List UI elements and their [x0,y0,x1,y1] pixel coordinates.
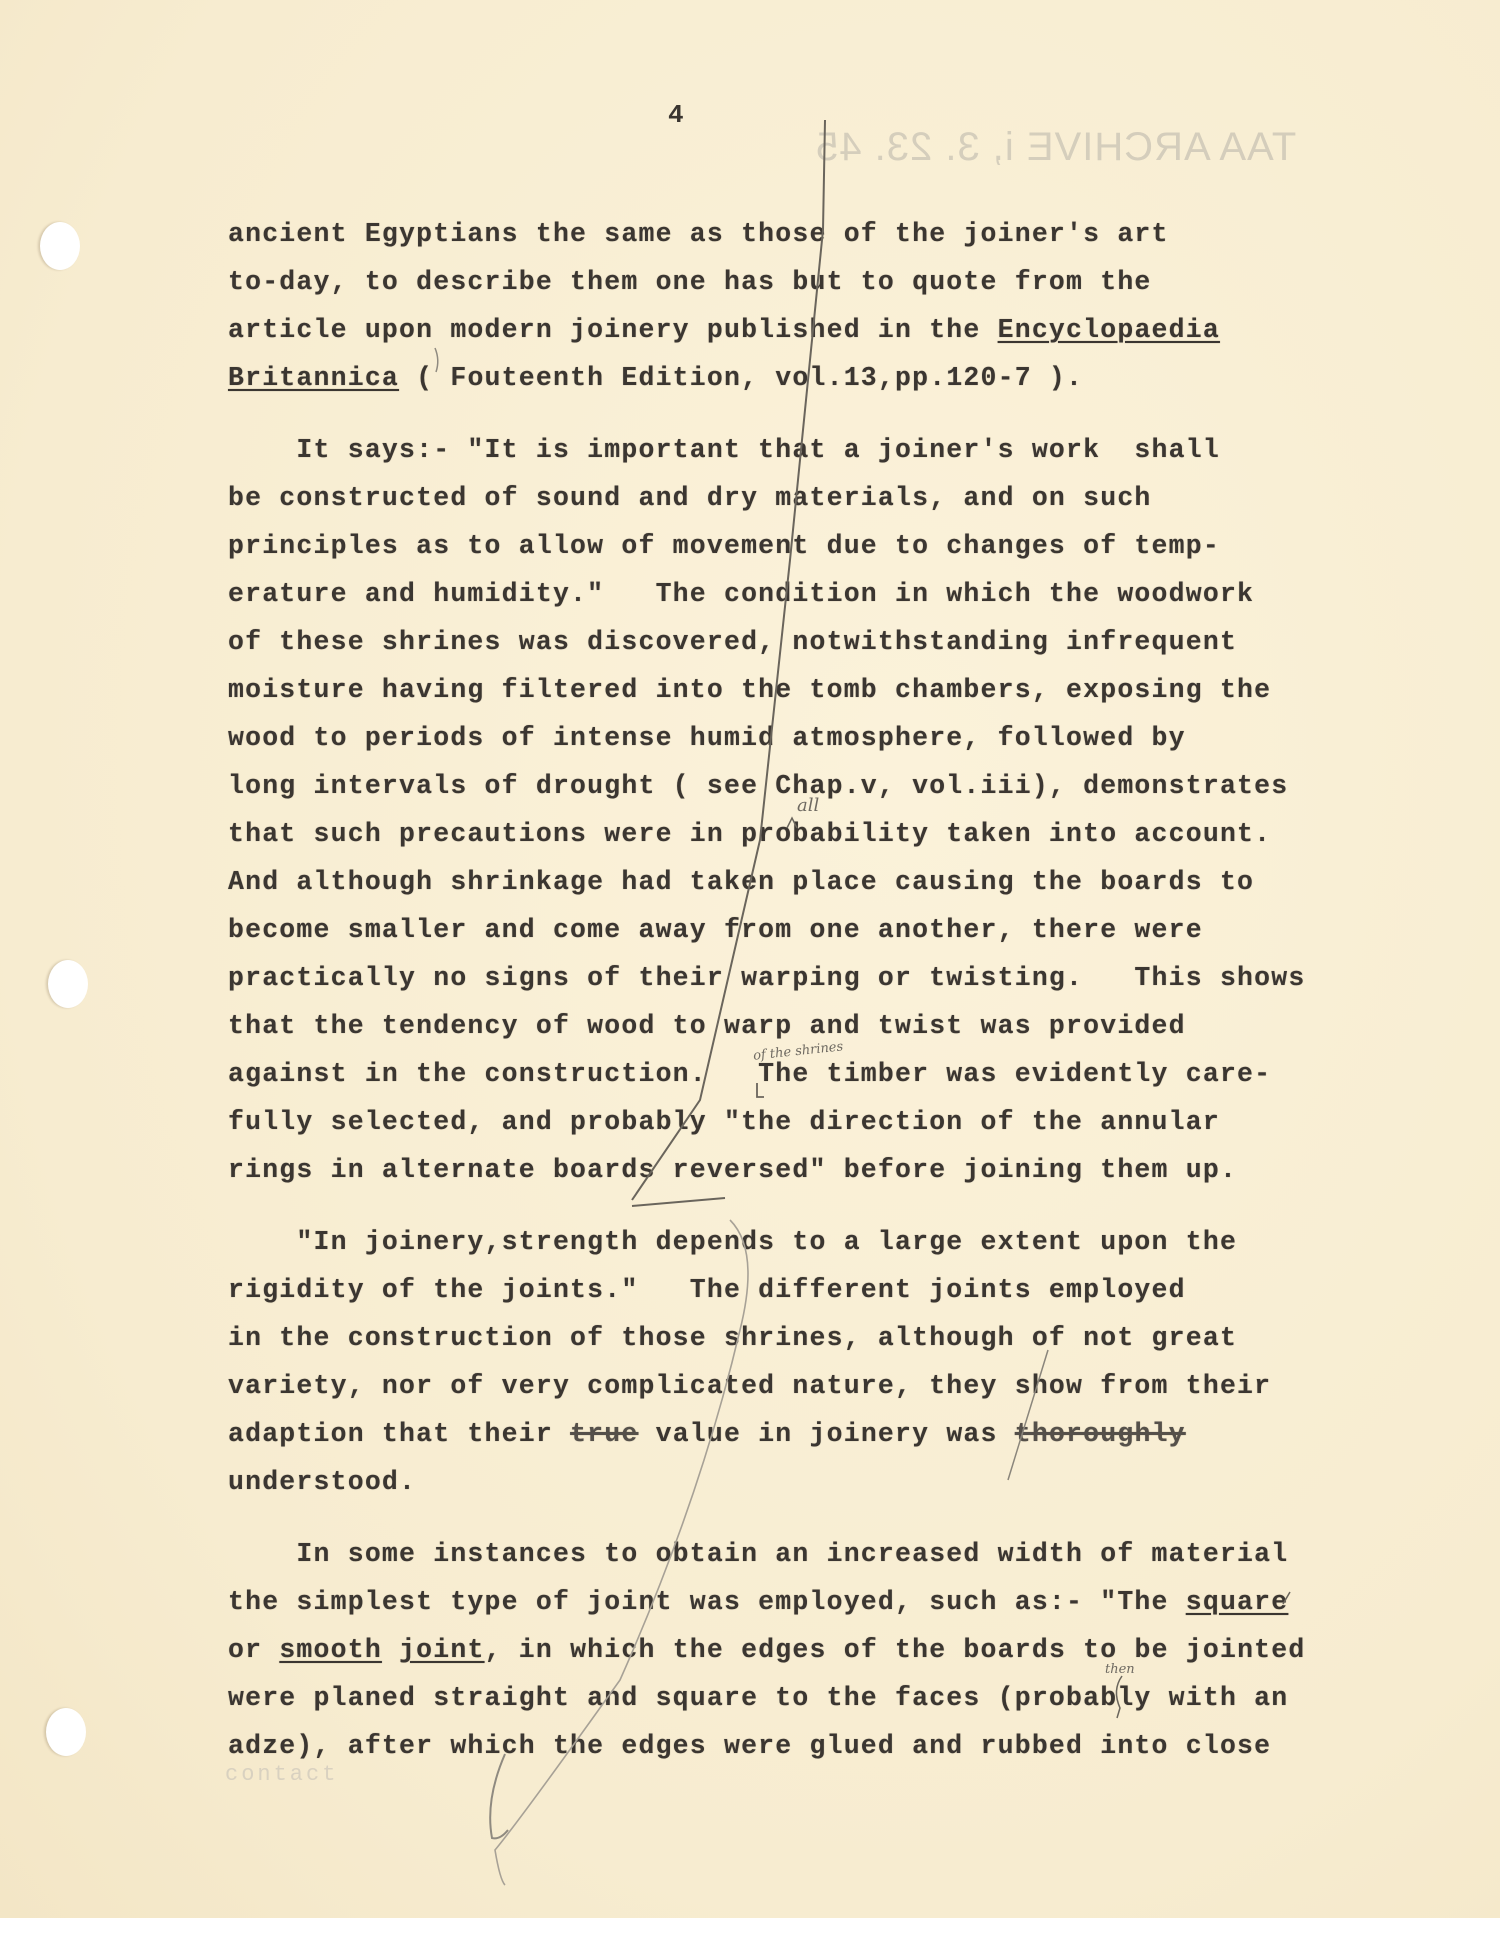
text-line: principles as to allow of movement due t… [228,522,1220,570]
text-line: article upon modern joinery published in… [228,306,1220,354]
text-line: fully selected, and probably "the direct… [228,1098,1220,1146]
text-line: It says:- "It is important that a joiner… [228,426,1220,474]
text-line: understood. [228,1458,416,1506]
faint-stamp: contact [225,1762,338,1787]
text-line: practically no signs of their warping or… [228,954,1305,1002]
punch-hole-top [40,222,80,270]
text-line: And although shrinkage had taken place c… [228,858,1254,906]
page-number: 4 [668,100,684,130]
text-line: Britannica ( Fouteenth Edition, vol.13,p… [228,354,1083,402]
underlined-term: smooth [279,1635,382,1665]
text-span: article upon modern joinery published in… [228,315,998,345]
pencil-insert-then: then [1105,1662,1135,1677]
text-line: adze), after which the edges were glued … [228,1722,1271,1770]
document-page: 4 TAA ARCHIVE i, 3. 23. 45 ancient Egypt… [0,0,1500,1918]
punch-hole-bottom [46,1708,86,1756]
struck-word: true [570,1419,638,1449]
punch-hole-middle [48,960,88,1008]
text-span: , in which the edges of the boards to be… [485,1635,1306,1665]
text-line: moisture having filtered into the tomb c… [228,666,1271,714]
text-line: of these shrines was discovered, notwith… [228,618,1237,666]
underlined-title: Britannica [228,363,399,393]
text-line: to-day, to describe them one has but to … [228,258,1152,306]
text-line: the simplest type of joint was employed,… [228,1578,1288,1626]
text-line: long intervals of drought ( see Chap.v, … [228,762,1288,810]
text-span: the simplest type of joint was employed,… [228,1587,1186,1617]
text-line: against in the construction. The timber … [228,1050,1271,1098]
text-line: "In joinery,strength depends to a large … [228,1218,1237,1266]
text-line: In some instances to obtain an increased… [228,1530,1288,1578]
text-line: in the construction of those shrines, al… [228,1314,1237,1362]
text-line: become smaller and come away from one an… [228,906,1203,954]
text-span: or [228,1635,279,1665]
text-span: value in joinery was [638,1419,1014,1449]
struck-word: thoroughly [1015,1419,1186,1449]
pencil-insert-all: all [797,795,819,816]
archive-stamp: TAA ARCHIVE i, 3. 23. 45 [815,125,1296,170]
text-line: that the tendency of wood to warp and tw… [228,1002,1186,1050]
underlined-term: joint [399,1635,485,1665]
text-line: were planed straight and square to the f… [228,1674,1288,1722]
text-line: be constructed of sound and dry material… [228,474,1152,522]
text-line: rigidity of the joints." The different j… [228,1266,1186,1314]
underlined-term: square [1186,1587,1289,1617]
text-line: adaption that their true value in joiner… [228,1410,1186,1458]
text-line: erature and humidity." The condition in … [228,570,1254,618]
text-line: variety, nor of very complicated nature,… [228,1362,1271,1410]
text-span: adaption that their [228,1419,570,1449]
text-line: wood to periods of intense humid atmosph… [228,714,1186,762]
text-line: rings in alternate boards reversed" befo… [228,1146,1237,1194]
text-line: or smooth joint, in which the edges of t… [228,1626,1306,1674]
text-line: that such precautions were in probabilit… [228,810,1271,858]
text-line: ancient Egyptians the same as those of t… [228,210,1169,258]
text-span: ( Fouteenth Edition, vol.13,pp.120-7 ). [416,363,1083,393]
underlined-title: Encyclopaedia [998,315,1220,345]
